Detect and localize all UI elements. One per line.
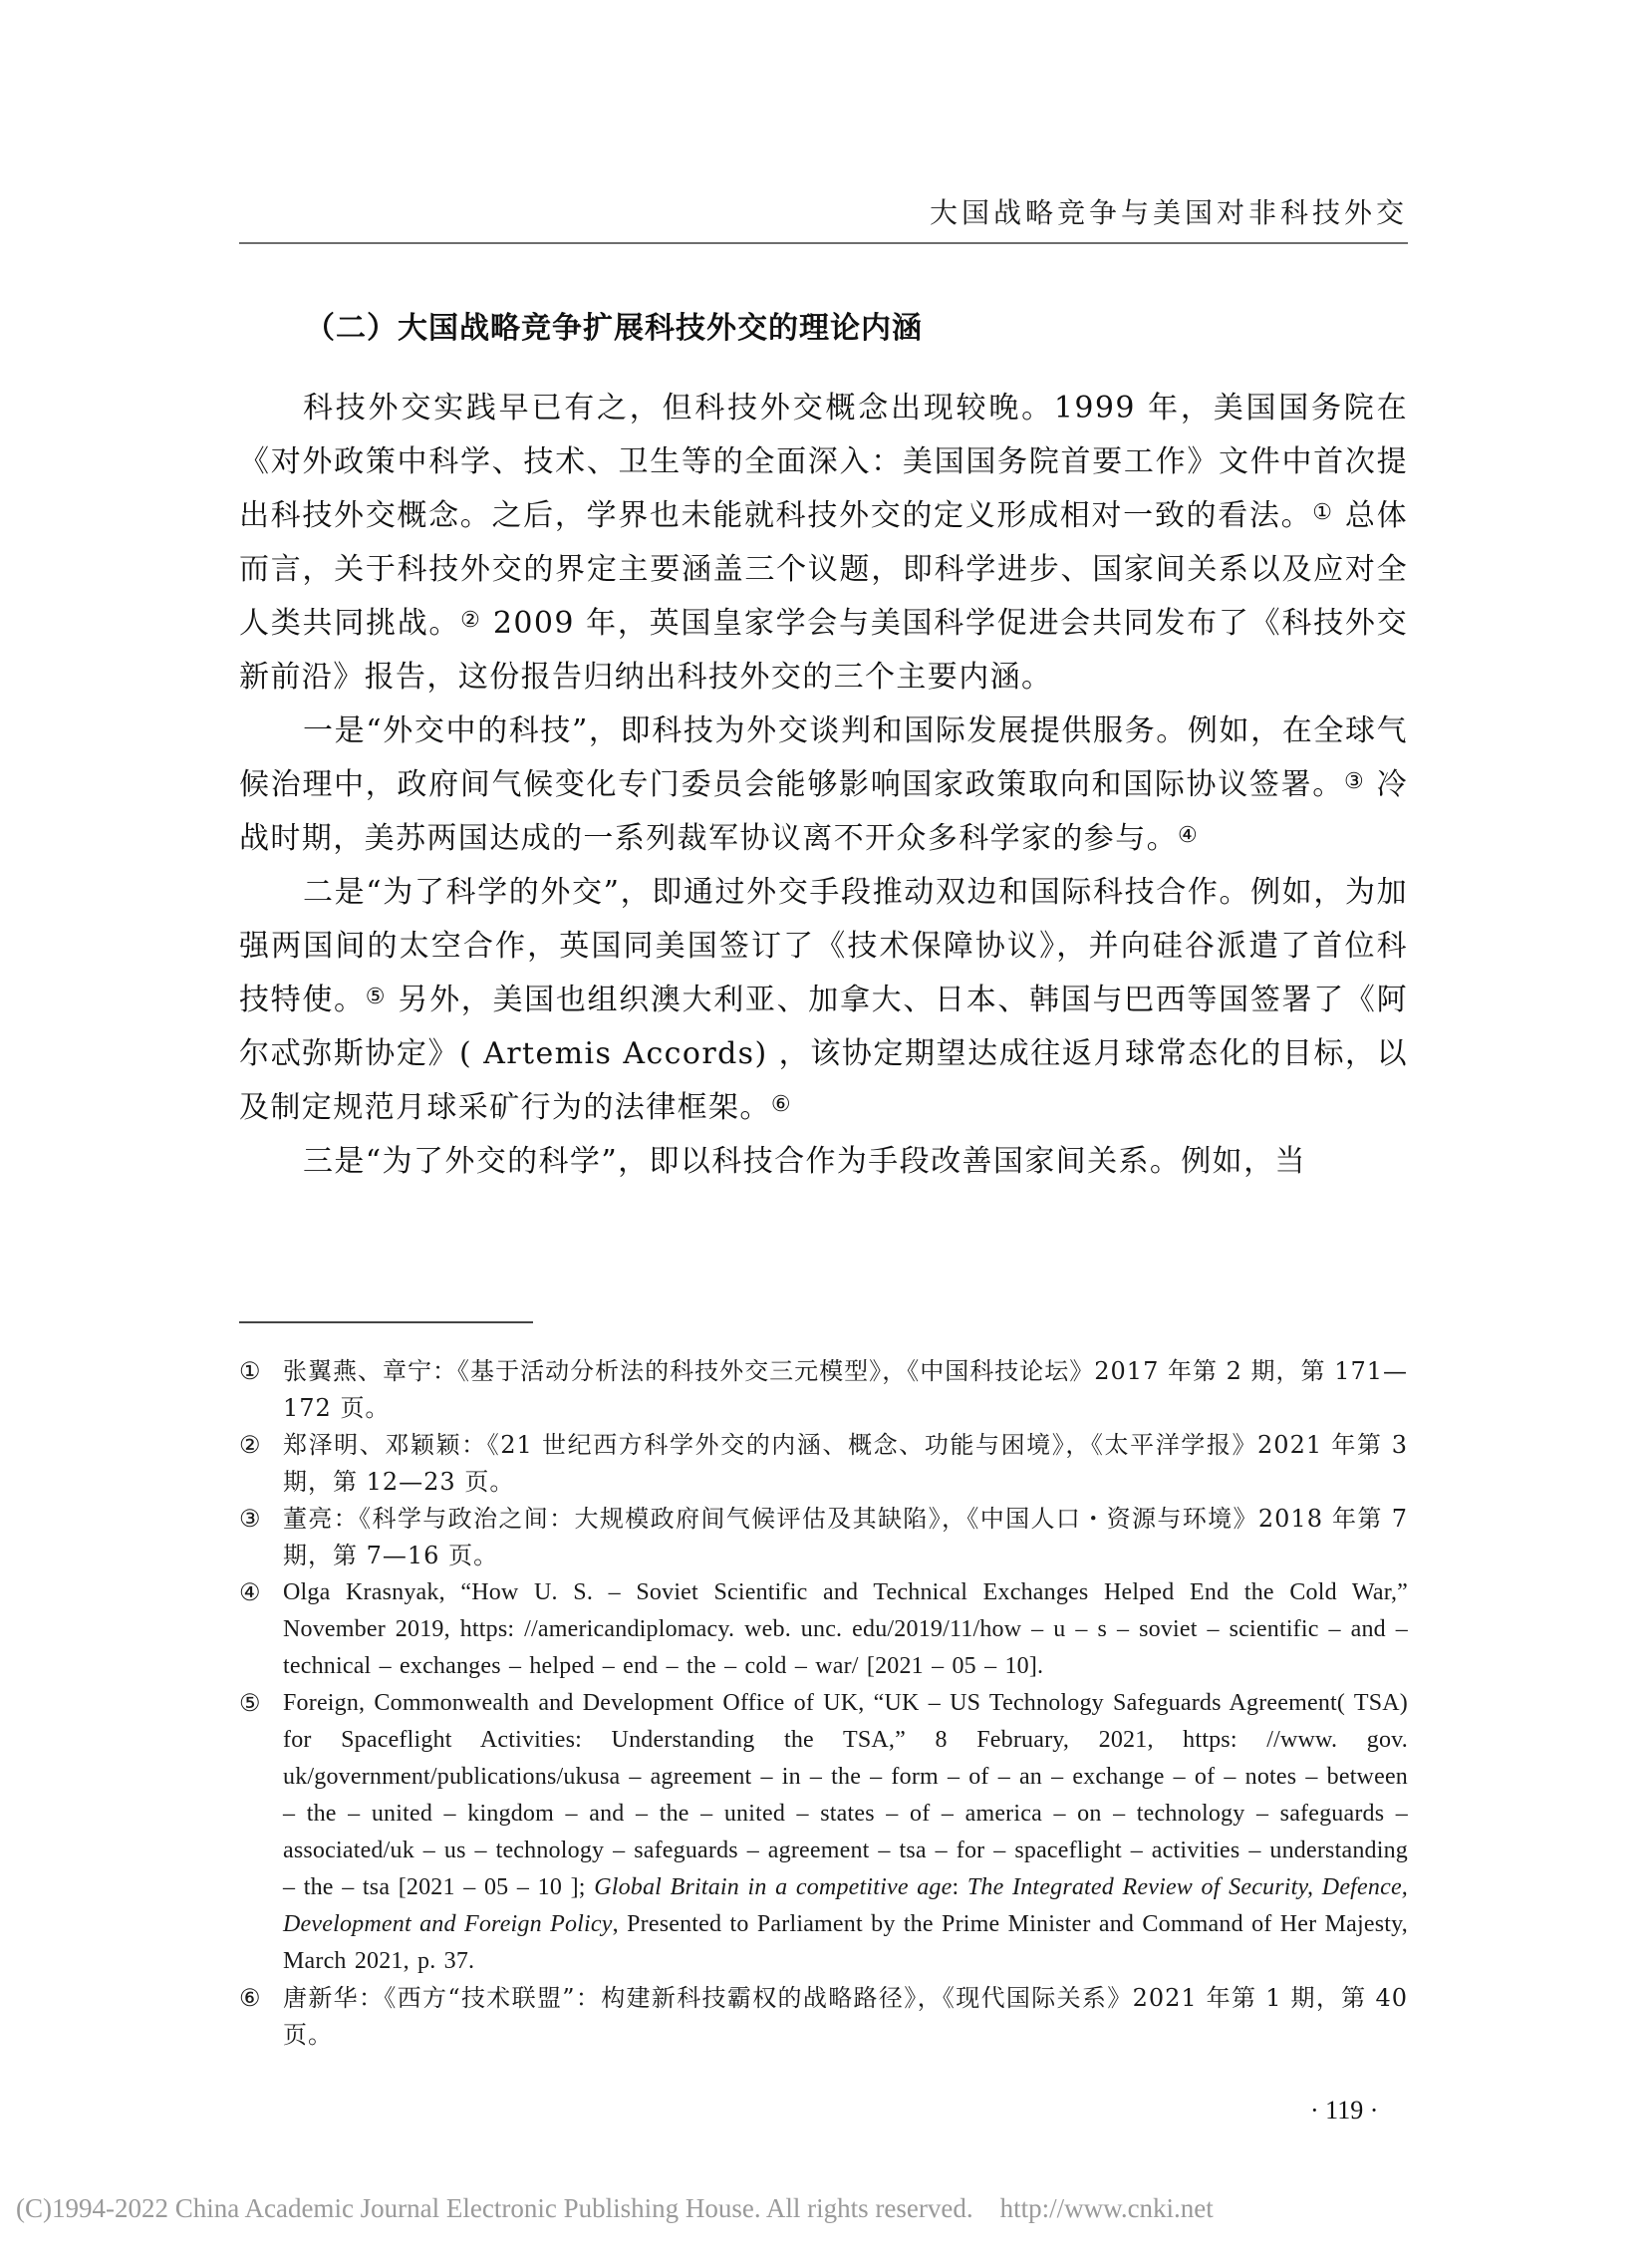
footnote-2: ② 郑泽明、邓颖颖：《21 世纪西方科学外交的内涵、概念、功能与困境》，《太平洋… <box>239 1427 1408 1501</box>
body-text: 科技外交实践早已有之，但科技外交概念出现较晚。1999 年，美国国务院在《对外政… <box>239 382 1408 1189</box>
footnote-text: 张翼燕、章宁：《基于活动分析法的科技外交三元模型》，《中国科技论坛》2017 年… <box>283 1353 1408 1427</box>
footnote-marker: ⑥ <box>239 1980 283 2054</box>
footnote-title-italic: Global Britain in a competitive age <box>594 1874 952 1900</box>
footnote-ref-2[interactable]: ② <box>460 608 481 633</box>
footnote-ref-6[interactable]: ⑥ <box>771 1092 792 1117</box>
footnote-ref-1[interactable]: ① <box>1312 500 1333 525</box>
footnote-ref-5[interactable]: ⑤ <box>366 985 387 1009</box>
footnote-3: ③ 董亮：《科学与政治之间：大规模政府间气候评估及其缺陷》，《中国人口・资源与环… <box>239 1501 1408 1574</box>
paragraph-text: 另外，美国也组织澳大利亚、加拿大、日本、韩国与巴西等国签署了《阿尔忒弥斯协定》(… <box>239 983 1408 1125</box>
footnote-marker: ④ <box>239 1574 283 1685</box>
footnotes: ① 张翼燕、章宁：《基于活动分析法的科技外交三元模型》，《中国科技论坛》2017… <box>239 1353 1408 2054</box>
footnote-text: 董亮：《科学与政治之间：大规模政府间气候评估及其缺陷》，《中国人口・资源与环境》… <box>283 1501 1408 1574</box>
footnote-marker: ① <box>239 1353 283 1427</box>
footnote-6: ⑥ 唐新华：《西方“技术联盟”：构建新科技霸权的战略路径》，《现代国际关系》20… <box>239 1980 1408 2054</box>
page-number: · 119 · <box>1310 2093 1378 2128</box>
footnote-ref-4[interactable]: ④ <box>1178 823 1199 848</box>
footnote-marker: ③ <box>239 1501 283 1574</box>
copyright-notice: (C)1994-2022 China Academic Journal Elec… <box>16 2190 1214 2226</box>
footnote-4: ④ Olga Krasnyak, “How U. S. – Soviet Sci… <box>239 1574 1408 1685</box>
footnote-separator: : <box>952 1874 966 1900</box>
footnote-1: ① 张翼燕、章宁：《基于活动分析法的科技外交三元模型》，《中国科技论坛》2017… <box>239 1353 1408 1427</box>
footnote-text: 唐新华：《西方“技术联盟”：构建新科技霸权的战略路径》，《现代国际关系》2021… <box>283 1980 1408 2054</box>
paragraph-4: 三是“为了外交的科学”，即以科技合作为手段改善国家间关系。例如，当 <box>239 1135 1408 1189</box>
footnote-text: 郑泽明、邓颖颖：《21 世纪西方科学外交的内涵、概念、功能与困境》，《太平洋学报… <box>283 1427 1408 1501</box>
footnote-marker: ② <box>239 1427 283 1501</box>
footnote-text: Olga Krasnyak, “How U. S. – Soviet Scien… <box>283 1574 1408 1685</box>
footnote-text: Foreign, Commonwealth and Development Of… <box>283 1685 1408 1980</box>
paragraph-3: 二是“为了科学的外交”，即通过外交手段推动双边和国际科技合作。例如，为加强两国间… <box>239 866 1408 1135</box>
running-head: 大国战略竞争与美国对非科技外交 <box>239 195 1408 231</box>
paragraph-2: 一是“外交中的科技”，即科技为外交谈判和国际发展提供服务。例如，在全球气候治理中… <box>239 705 1408 866</box>
footnote-ref-3[interactable]: ③ <box>1344 769 1365 794</box>
footnote-marker: ⑤ <box>239 1685 283 1980</box>
paragraph-text: 一是“外交中的科技”，即科技为外交谈判和国际发展提供服务。例如，在全球气候治理中… <box>239 713 1408 802</box>
footnote-text-main: Foreign, Commonwealth and Development Of… <box>283 1690 1408 1900</box>
section-title: （二）大国战略竞争扩展科技外交的理论内涵 <box>305 309 923 349</box>
header-rule <box>239 242 1408 244</box>
paragraph-text: 三是“为了外交的科学”，即以科技合作为手段改善国家间关系。例如，当 <box>303 1144 1306 1179</box>
paragraph-1: 科技外交实践早已有之，但科技外交概念出现较晚。1999 年，美国国务院在《对外政… <box>239 382 1408 705</box>
paragraph-text: 科技外交实践早已有之，但科技外交概念出现较晚。1999 年，美国国务院在《对外政… <box>239 391 1408 533</box>
footnote-rule <box>239 1321 533 1323</box>
footnote-5: ⑤ Foreign, Commonwealth and Development … <box>239 1685 1408 1980</box>
